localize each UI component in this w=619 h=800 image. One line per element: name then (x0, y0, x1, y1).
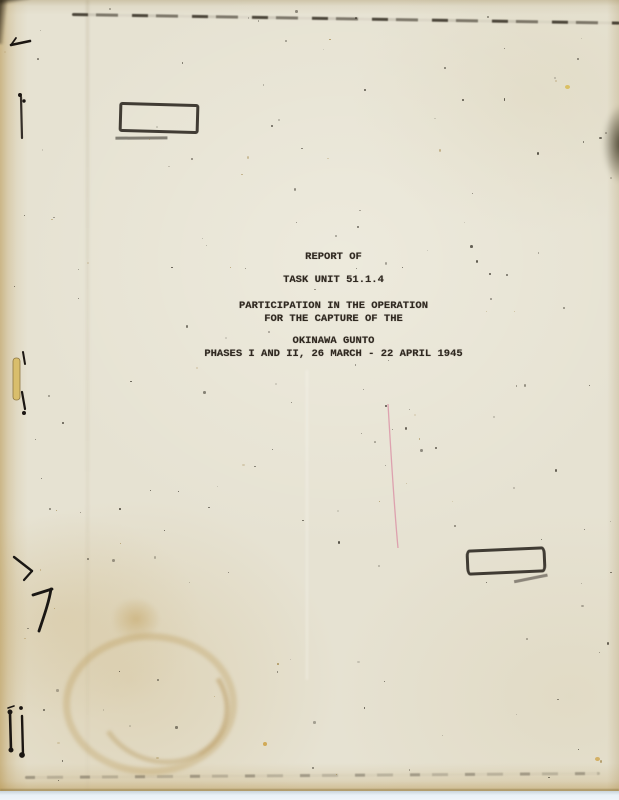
stain-speck (565, 85, 570, 89)
scanned-document: REPORT OF TASK UNIT 51.1.4 PARTICIPATION… (0, 0, 619, 800)
vertical-crease (306, 370, 308, 680)
fold-crease-bottom (25, 772, 600, 779)
scanner-background (0, 791, 619, 800)
paper-sheet: REPORT OF TASK UNIT 51.1.4 PARTICIPATION… (0, 0, 619, 791)
corner-shadow (0, 0, 30, 7)
stamp-box-lower-right (465, 546, 546, 575)
title-line-6: PHASES I AND II, 26 MARCH - 22 APRIL 194… (24, 348, 619, 361)
stain-blob (113, 599, 159, 639)
title-line-1: REPORT OF (24, 251, 619, 264)
title-line-2: TASK UNIT 51.1.4 (24, 274, 619, 287)
stain-speck (595, 757, 600, 761)
title-line-3: PARTICIPATION IN THE OPERATION (24, 300, 619, 313)
staple-marks (8, 38, 30, 757)
brass-staple (13, 358, 20, 400)
stain-speck (263, 742, 267, 746)
pink-pencil-line (388, 404, 398, 548)
handwritten-check-mark (14, 557, 32, 580)
handwritten-numeral-7 (33, 589, 52, 631)
stamp-box-upper-left (119, 102, 200, 134)
fold-crease-top (72, 13, 619, 25)
title-line-4: FOR THE CAPTURE OF THE (24, 313, 619, 326)
right-edge-shadow (602, 104, 619, 184)
report-title-block: REPORT OF TASK UNIT 51.1.4 PARTICIPATION… (24, 251, 619, 361)
corner-shadow (0, 0, 10, 44)
title-line-5: OKINAWA GUNTO (24, 335, 619, 348)
